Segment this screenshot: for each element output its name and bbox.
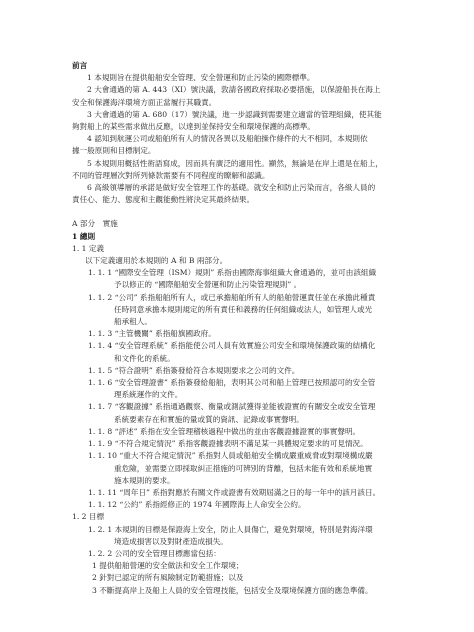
paragraph-line: 夠對船上的某些需求做出反應，以達到並保持安全和環境保護的高標準。 xyxy=(72,121,404,133)
definition-line: 系統要素存在和實施的量或質的資訊、記錄或事實聲明。 xyxy=(72,414,404,426)
objective-line: 境造成損害以及對財產造成損失。 xyxy=(72,536,404,548)
definition-1-1-7: 1. 1. 7 “客觀證據” 系指通過觀察、衡量或測試獲得並能被證實的有關安全或… xyxy=(72,401,404,425)
definition-1-1-4: 1. 1. 4 “安全管理系統” 系指能使公司人員有效實施公司安全和環境保護政策… xyxy=(72,340,404,364)
objective-subitem-3: 3 不斷提高岸上及船上人員的安全管理技能，包括安全及環境保護方面的應急準備。 xyxy=(72,585,404,597)
document-page: 前言 1 本規則旨在提供船舶安全管理、安全營運和防止污染的國際標準。 2 大會通… xyxy=(72,60,404,597)
preface-title: 前言 xyxy=(72,60,404,72)
part-a-heading: A 部分 實施 xyxy=(72,218,404,230)
objective-1-2-2: 1. 2. 2 公司的安全管理目標應當包括： xyxy=(72,548,404,560)
preface-paragraph-4: 4 認知到航運公司或船舶所有人的情況各異以及船舶操作條件的大不相同，本規則依 據… xyxy=(72,133,404,157)
preface-paragraph-1: 1 本規則旨在提供船舶安全管理、安全營運和防止污染的國際標準。 xyxy=(72,72,404,84)
objective-subitem-1: 1 提供船舶營運的安全做法和安全工作環境； xyxy=(72,560,404,572)
paragraph-line: 不同的管理層次對所列條款需要有不同程度的瞭解和認識。 xyxy=(72,170,404,182)
definition-line: 1. 1. 7 “客觀證據” 系指通過觀察、衡量或測試獲得並能被證實的有關安全或… xyxy=(72,401,404,413)
section-1-title: 1 總則 xyxy=(72,231,404,243)
paragraph-line: 6 高級領導層的承諾是做好安全管理工作的基礎。就安全和防止污染而言，各級人員的 xyxy=(72,182,404,194)
paragraph-line: 3 大會通過的第 A. 680（17）號決議，進一步認識到需要建立適當的管理組織… xyxy=(72,109,404,121)
definition-line: 1. 1. 10 “重大不符合規定情況” 系指對人員或船舶安全構成嚴重威脅或對環… xyxy=(72,450,404,462)
paragraph-line: 2 大會通過的第 A. 443（XI）號決議，敦請各國政府採取必要措施，以保證船… xyxy=(72,84,404,96)
definition-line: 1. 1. 12 “公約” 系指經修正的 1974 年國際海上人命安全公約。 xyxy=(72,499,404,511)
definition-line: 予以修正的 “國際船舶安全營運和防止污染管理規則” 。 xyxy=(72,279,404,291)
definition-line: 1. 1. 5 “符合證明” 系指簽發給符合本規則要求之公司的文件。 xyxy=(72,365,404,377)
definition-line: 重危險，並需要立即採取糾正措施的可辨別的背離，包括未能有效和系統地實 xyxy=(72,463,404,475)
definition-line: 1. 1. 2 “公司” 系指船舶所有人，或已承擔船舶所有人的船舶營運責任並在承… xyxy=(72,292,404,304)
definition-line: 船承租人。 xyxy=(72,316,404,328)
paragraph-line: 5 本規則用概括性術語寫成，因而具有廣泛的適用性。顯然，無論是在岸上還是在船上， xyxy=(72,158,404,170)
definition-1-1-2: 1. 1. 2 “公司” 系指船舶所有人，或已承擔船舶所有人的船舶營運責任並在承… xyxy=(72,292,404,329)
definition-1-1-9: 1. 1. 9 “不符合規定情況” 系指客觀證據表明不滿足某一具體規定要求的可見… xyxy=(72,438,404,450)
section-1-1-title: 1. 1 定義 xyxy=(72,243,404,255)
definition-line: 任時同意承擔本規則規定的所有責任和義務的任何組織或法人，如管理人或光 xyxy=(72,304,404,316)
preface-paragraph-6: 6 高級領導層的承諾是做好安全管理工作的基礎。就安全和防止污染而言，各級人員的 … xyxy=(72,182,404,206)
paragraph-line: 4 認知到航運公司或船舶所有人的情況各異以及船舶操作條件的大不相同，本規則依 xyxy=(72,133,404,145)
definition-1-1-1: 1. 1. 1 “國際安全管理（ISM）規則” 系指由國際海事組織大會通過的，並… xyxy=(72,267,404,291)
definition-1-1-12: 1. 1. 12 “公約” 系指經修正的 1974 年國際海上人命安全公約。 xyxy=(72,499,404,511)
definition-line: 1. 1. 4 “安全管理系統” 系指能使公司人員有效實施公司安全和環境保護政策… xyxy=(72,340,404,352)
definition-1-1-5: 1. 1. 5 “符合證明” 系指簽發給符合本規則要求之公司的文件。 xyxy=(72,365,404,377)
section-1-1-intro: 以下定義適用於本規則的 A 和 B 兩部分。 xyxy=(72,255,404,267)
definition-1-1-8: 1. 1. 8 “評述” 系指在安全管理稽核過程中做出的並由客觀證據證實的事實聲… xyxy=(72,426,404,438)
definition-line: 理系統運作的文件。 xyxy=(72,389,404,401)
definition-line: 1. 1. 8 “評述” 系指在安全管理稽核過程中做出的並由客觀證據證實的事實聲… xyxy=(72,426,404,438)
paragraph-line: 據一般原則和目標制定。 xyxy=(72,145,404,157)
objective-line: 1. 2. 1 本規則的目標是保證海上安全，防止人員傷亡，避免對環境，特別是對海… xyxy=(72,524,404,536)
definition-line: 1. 1. 6 “安全管理證書” 系指簽發給船舶，表明其公司和船上管理已按照認可… xyxy=(72,377,404,389)
definition-1-1-3: 1. 1. 3 “主管機關” 系指船旗國政府。 xyxy=(72,328,404,340)
preface-paragraph-5: 5 本規則用概括性術語寫成，因而具有廣泛的適用性。顯然，無論是在岸上還是在船上，… xyxy=(72,158,404,182)
definition-line: 1. 1. 9 “不符合規定情況” 系指客觀證據表明不滿足某一具體規定要求的可見… xyxy=(72,438,404,450)
definition-line: 1. 1. 1 “國際安全管理（ISM）規則” 系指由國際海事組織大會通過的，並… xyxy=(72,267,404,279)
paragraph-line: 責任心、能力、態度和主觀能動性將決定其最終結果。 xyxy=(72,194,404,206)
paragraph-line: 安全和保護海洋環境方面正當履行其職責。 xyxy=(72,97,404,109)
objective-subitem-2: 2 針對已認定的所有風險制定防範措施；以及 xyxy=(72,572,404,584)
preface-paragraph-3: 3 大會通過的第 A. 680（17）號決議，進一步認識到需要建立適當的管理組織… xyxy=(72,109,404,133)
definition-line: 和文件化的系統。 xyxy=(72,353,404,365)
spacer xyxy=(72,206,404,218)
definition-1-1-6: 1. 1. 6 “安全管理證書” 系指簽發給船舶，表明其公司和船上管理已按照認可… xyxy=(72,377,404,401)
definition-line: 施本規則的要求。 xyxy=(72,475,404,487)
definition-line: 1. 1. 11 “周年日” 系指對應於有關文件或證書有效期屆滿之日的每一年中的… xyxy=(72,487,404,499)
definition-1-1-11: 1. 1. 11 “周年日” 系指對應於有關文件或證書有效期屆滿之日的每一年中的… xyxy=(72,487,404,499)
paragraph-line: 1 本規則旨在提供船舶安全管理、安全營運和防止污染的國際標準。 xyxy=(72,72,404,84)
definition-line: 1. 1. 3 “主管機關” 系指船旗國政府。 xyxy=(72,328,404,340)
objective-1-2-1: 1. 2. 1 本規則的目標是保證海上安全，防止人員傷亡，避免對環境，特別是對海… xyxy=(72,524,404,548)
preface-paragraph-2: 2 大會通過的第 A. 443（XI）號決議，敦請各國政府採取必要措施，以保證船… xyxy=(72,84,404,108)
section-1-2-title: 1. 2 目標 xyxy=(72,511,404,523)
definition-1-1-10: 1. 1. 10 “重大不符合規定情況” 系指對人員或船舶安全構成嚴重威脅或對環… xyxy=(72,450,404,487)
objective-line: 1. 2. 2 公司的安全管理目標應當包括： xyxy=(72,548,404,560)
